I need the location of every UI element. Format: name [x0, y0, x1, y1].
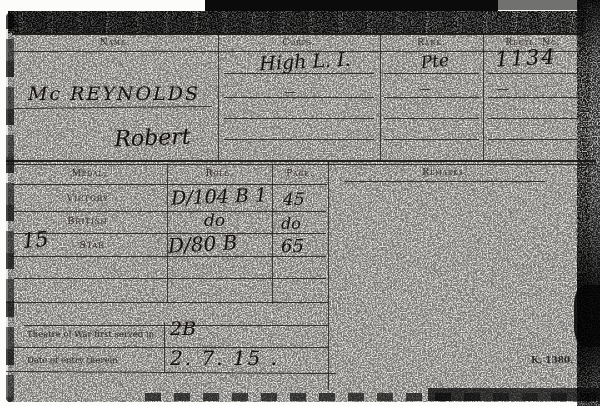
- rank-column-label: Rank.: [380, 39, 483, 48]
- form-ref-code: K. 1380.: [531, 357, 581, 366]
- surname-value: Mc REYNOLDS: [14, 85, 214, 104]
- scan-dark-bar-top-right: [498, 0, 586, 10]
- grid-line: [488, 139, 578, 140]
- medal-row-victory-label: Victory: [30, 194, 145, 204]
- grid-line: [224, 97, 374, 98]
- theatre-of-war-value: 2B: [170, 320, 196, 339]
- corps-ditto-dash: —: [284, 86, 296, 98]
- grid-line: [6, 160, 596, 162]
- rank-ditto-dash: —: [419, 83, 431, 95]
- regtl-ditto-dash: —: [497, 83, 509, 95]
- star-roll-value: D/80 B: [168, 232, 238, 256]
- grid-line: [14, 211, 326, 212]
- star-page-value: 65: [281, 238, 304, 256]
- grid-line: [488, 118, 578, 119]
- grid-line: [384, 118, 479, 119]
- grid-line: [488, 73, 578, 74]
- grid-line: [488, 97, 578, 98]
- victory-roll-value: D/104 B 1: [171, 186, 268, 208]
- scan-dark-left-edge: [6, 13, 14, 402]
- scan-ink-blob-right: [574, 285, 600, 347]
- grid-line: [6, 302, 328, 303]
- medal-column-label: Medal.: [12, 170, 167, 179]
- grid-line: [12, 184, 327, 185]
- grid-line: [384, 139, 479, 140]
- medal-row-star-label: Star: [62, 241, 122, 251]
- grid-line: [483, 33, 484, 160]
- medal-index-card-scan: Name. Corps. Rank. Regtl. No. Medal. Rol…: [0, 0, 600, 406]
- roll-column-label: Roll.: [167, 170, 272, 179]
- scan-black-bar-top: [205, 0, 498, 11]
- victory-page-value: 45: [283, 192, 305, 209]
- theatre-of-war-label: Theatre of War first served in: [27, 331, 162, 340]
- grid-line: [164, 323, 165, 373]
- grid-line: [218, 33, 219, 160]
- date-of-entry-label: Date of entry therein: [27, 357, 162, 366]
- remarks-column-label: Remarks.: [345, 169, 545, 178]
- grid-line: [14, 278, 326, 279]
- grid-line: [272, 164, 273, 304]
- scan-ink-blob-bottom: [428, 388, 600, 401]
- page-column-label: Page.: [272, 170, 328, 179]
- regtl-no-value: 1134: [489, 46, 562, 71]
- corps-column-label: Corps.: [218, 39, 380, 48]
- grid-line: [224, 118, 374, 119]
- grid-line: [384, 73, 479, 74]
- grid-line: [384, 97, 479, 98]
- forename-value: Robert: [105, 126, 201, 151]
- british-page-value: do: [281, 216, 301, 232]
- grid-line: [380, 33, 381, 160]
- grid-line: [328, 160, 329, 390]
- star-medal-prefix-value: 15: [21, 229, 49, 252]
- scan-smudge-top-band: [8, 11, 586, 33]
- name-column-label: Name.: [12, 39, 218, 48]
- medal-row-british-label: British: [30, 217, 145, 227]
- grid-line: [224, 139, 374, 140]
- date-of-entry-value: 2. 7. 15 .: [170, 348, 279, 368]
- grid-line: [345, 181, 545, 182]
- grid-line: [12, 33, 583, 35]
- british-roll-value: do: [204, 213, 225, 230]
- grid-line: [6, 164, 596, 165]
